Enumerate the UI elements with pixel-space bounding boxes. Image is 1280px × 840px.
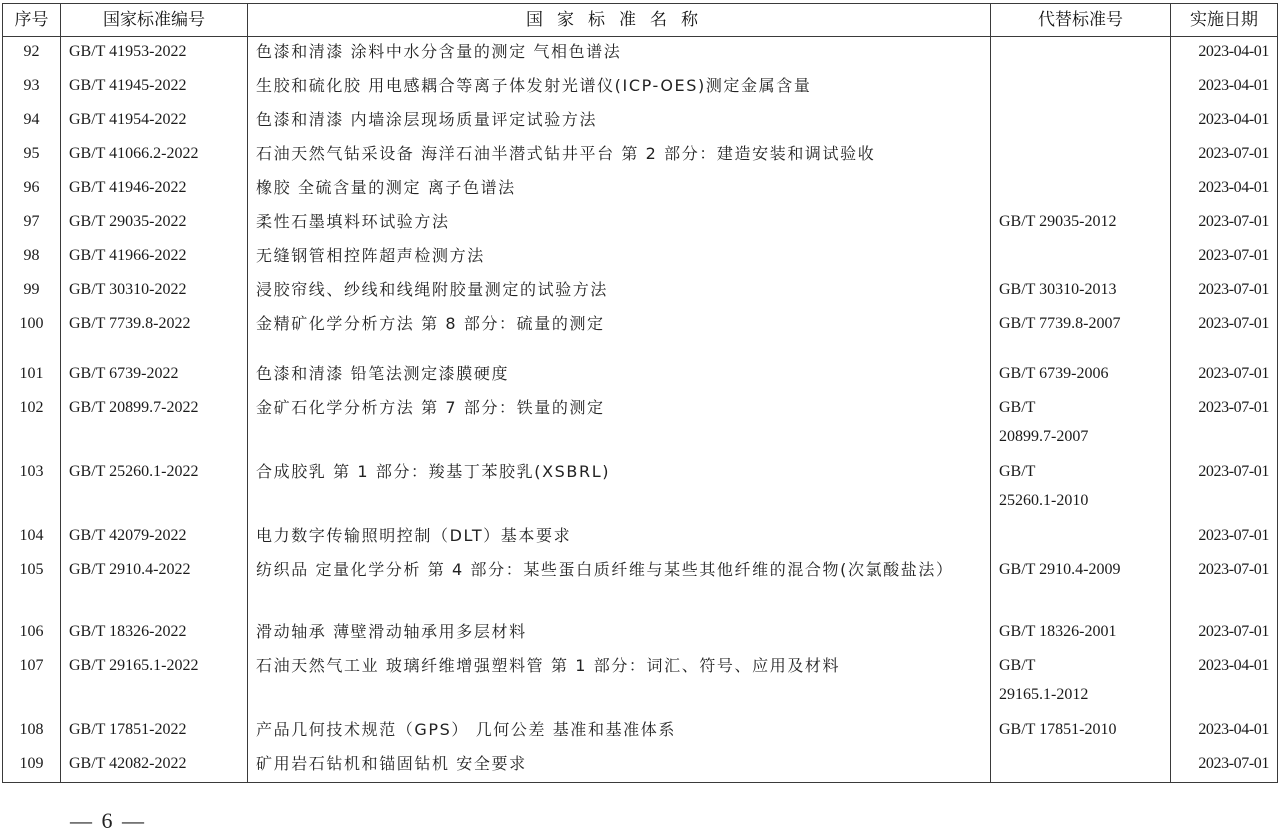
row-replaced-standard: GB/T25260.1-2010 <box>991 457 1171 521</box>
row-standard-code: GB/T 7739.8-2022 <box>61 309 248 359</box>
row-seq: 100 <box>3 309 61 359</box>
table-body: 92GB/T 41953-2022色漆和清漆 涂料中水分含量的测定 气相色谱法2… <box>3 37 1278 783</box>
table-header-row: 序号 国家标准编号 国家标准名称 代替标准号 实施日期 <box>3 4 1278 37</box>
row-standard-name: 色漆和清漆 内墙涂层现场质量评定试验方法 <box>248 105 991 139</box>
page-number: — 6 — <box>70 808 146 834</box>
row-standard-name: 金矿石化学分析方法 第 7 部分：铁量的测定 <box>248 393 991 457</box>
row-effective-date: 2023-07-01 <box>1171 359 1278 393</box>
row-standard-name: 纺织品 定量化学分析 第 4 部分：某些蛋白质纤维与某些其他纤维的混合物(次氯酸… <box>248 555 991 617</box>
row-seq: 97 <box>3 207 61 241</box>
row-replaced-standard: GB/T 29035-2012 <box>991 207 1171 241</box>
table-row: 93GB/T 41945-2022生胶和硫化胶 用电感耦合等离子体发射光谱仪(I… <box>3 71 1278 105</box>
row-standard-code: GB/T 41946-2022 <box>61 173 248 207</box>
row-replaced-standard <box>991 71 1171 105</box>
row-seq: 102 <box>3 393 61 457</box>
table-row: 92GB/T 41953-2022色漆和清漆 涂料中水分含量的测定 气相色谱法2… <box>3 37 1278 71</box>
table-row: 94GB/T 41954-2022色漆和清漆 内墙涂层现场质量评定试验方法202… <box>3 105 1278 139</box>
table-row: 100GB/T 7739.8-2022金精矿化学分析方法 第 8 部分：硫量的测… <box>3 309 1278 359</box>
row-replaced-standard <box>991 173 1171 207</box>
row-effective-date: 2023-07-01 <box>1171 241 1278 275</box>
table-row: 99GB/T 30310-2022浸胶帘线、纱线和线绳附胶量测定的试验方法GB/… <box>3 275 1278 309</box>
row-standard-code: GB/T 2910.4-2022 <box>61 555 248 617</box>
row-replaced-standard: GB/T20899.7-2007 <box>991 393 1171 457</box>
replaced-standard-line: GB/T 6739-2006 <box>999 359 1162 388</box>
row-seq: 98 <box>3 241 61 275</box>
row-standard-name: 色漆和清漆 铅笔法测定漆膜硬度 <box>248 359 991 393</box>
row-effective-date: 2023-07-01 <box>1171 309 1278 359</box>
row-replaced-standard: GB/T 30310-2013 <box>991 275 1171 309</box>
row-effective-date: 2023-04-01 <box>1171 651 1278 715</box>
row-effective-date: 2023-07-01 <box>1171 139 1278 173</box>
table-row: 106GB/T 18326-2022滑动轴承 薄壁滑动轴承用多层材料GB/T 1… <box>3 617 1278 651</box>
row-standard-name: 合成胶乳 第 1 部分：羧基丁苯胶乳(XSBRL) <box>248 457 991 521</box>
row-seq: 106 <box>3 617 61 651</box>
row-replaced-standard <box>991 105 1171 139</box>
row-seq: 103 <box>3 457 61 521</box>
row-effective-date: 2023-07-01 <box>1171 521 1278 555</box>
header-date: 实施日期 <box>1171 4 1278 37</box>
row-effective-date: 2023-07-01 <box>1171 275 1278 309</box>
row-seq: 105 <box>3 555 61 617</box>
row-standard-code: GB/T 6739-2022 <box>61 359 248 393</box>
standards-table: 序号 国家标准编号 国家标准名称 代替标准号 实施日期 92GB/T 41953… <box>2 3 1278 783</box>
row-standard-code: GB/T 41966-2022 <box>61 241 248 275</box>
row-seq: 109 <box>3 749 61 783</box>
row-standard-code: GB/T 42079-2022 <box>61 521 248 555</box>
row-replaced-standard: GB/T 2910.4-2009 <box>991 555 1171 617</box>
row-standard-name: 无缝钢管相控阵超声检测方法 <box>248 241 991 275</box>
document-page: 序号 国家标准编号 国家标准名称 代替标准号 实施日期 92GB/T 41953… <box>0 0 1280 840</box>
row-seq: 104 <box>3 521 61 555</box>
row-seq: 101 <box>3 359 61 393</box>
row-standard-code: GB/T 41066.2-2022 <box>61 139 248 173</box>
row-standard-name: 生胶和硫化胶 用电感耦合等离子体发射光谱仪(ICP-OES)测定金属含量 <box>248 71 991 105</box>
table-row: 108GB/T 17851-2022产品几何技术规范（GPS） 几何公差 基准和… <box>3 715 1278 749</box>
table-row: 98GB/T 41966-2022无缝钢管相控阵超声检测方法2023-07-01 <box>3 241 1278 275</box>
replaced-standard-line: GB/T 2910.4-2009 <box>999 555 1162 584</box>
row-standard-code: GB/T 41945-2022 <box>61 71 248 105</box>
row-seq: 107 <box>3 651 61 715</box>
row-seq: 108 <box>3 715 61 749</box>
row-standard-name: 矿用岩石钻机和锚固钻机 安全要求 <box>248 749 991 783</box>
row-replaced-standard: GB/T 17851-2010 <box>991 715 1171 749</box>
table-row: 105GB/T 2910.4-2022纺织品 定量化学分析 第 4 部分：某些蛋… <box>3 555 1278 617</box>
row-effective-date: 2023-07-01 <box>1171 457 1278 521</box>
table-row: 101GB/T 6739-2022色漆和清漆 铅笔法测定漆膜硬度GB/T 673… <box>3 359 1278 393</box>
row-standard-name: 浸胶帘线、纱线和线绳附胶量测定的试验方法 <box>248 275 991 309</box>
row-effective-date: 2023-07-01 <box>1171 749 1278 783</box>
row-replaced-standard: GB/T 7739.8-2007 <box>991 309 1171 359</box>
row-replaced-standard <box>991 521 1171 555</box>
row-effective-date: 2023-04-01 <box>1171 173 1278 207</box>
row-effective-date: 2023-07-01 <box>1171 207 1278 241</box>
row-seq: 94 <box>3 105 61 139</box>
table-row: 96GB/T 41946-2022橡胶 全硫含量的测定 离子色谱法2023-04… <box>3 173 1278 207</box>
replaced-standard-line: GB/T 30310-2013 <box>999 275 1162 304</box>
row-standard-code: GB/T 25260.1-2022 <box>61 457 248 521</box>
header-name: 国家标准名称 <box>248 4 991 37</box>
row-standard-code: GB/T 29035-2022 <box>61 207 248 241</box>
replaced-standard-line: 29165.1-2012 <box>999 680 1162 709</box>
row-seq: 95 <box>3 139 61 173</box>
row-standard-code: GB/T 29165.1-2022 <box>61 651 248 715</box>
row-standard-name: 橡胶 全硫含量的测定 离子色谱法 <box>248 173 991 207</box>
table-row: 107GB/T 29165.1-2022石油天然气工业 玻璃纤维增强塑料管 第 … <box>3 651 1278 715</box>
replaced-standard-line: GB/T 7739.8-2007 <box>999 309 1162 338</box>
row-effective-date: 2023-04-01 <box>1171 37 1278 71</box>
row-effective-date: 2023-07-01 <box>1171 555 1278 617</box>
table-row: 103GB/T 25260.1-2022合成胶乳 第 1 部分：羧基丁苯胶乳(X… <box>3 457 1278 521</box>
row-replaced-standard: GB/T29165.1-2012 <box>991 651 1171 715</box>
row-standard-name: 产品几何技术规范（GPS） 几何公差 基准和基准体系 <box>248 715 991 749</box>
row-seq: 96 <box>3 173 61 207</box>
row-seq: 99 <box>3 275 61 309</box>
row-standard-name: 滑动轴承 薄壁滑动轴承用多层材料 <box>248 617 991 651</box>
table-row: 104GB/T 42079-2022电力数字传输照明控制（DLT）基本要求202… <box>3 521 1278 555</box>
row-replaced-standard: GB/T 18326-2001 <box>991 617 1171 651</box>
row-effective-date: 2023-04-01 <box>1171 71 1278 105</box>
row-standard-name: 石油天然气钻采设备 海洋石油半潜式钻井平台 第 2 部分：建造安装和调试验收 <box>248 139 991 173</box>
table-row: 109GB/T 42082-2022矿用岩石钻机和锚固钻机 安全要求2023-0… <box>3 749 1278 783</box>
table-row: 102GB/T 20899.7-2022金矿石化学分析方法 第 7 部分：铁量的… <box>3 393 1278 457</box>
row-replaced-standard <box>991 749 1171 783</box>
header-replaces: 代替标准号 <box>991 4 1171 37</box>
replaced-standard-line: GB/T <box>999 393 1162 422</box>
row-standard-code: GB/T 20899.7-2022 <box>61 393 248 457</box>
row-standard-name: 电力数字传输照明控制（DLT）基本要求 <box>248 521 991 555</box>
row-seq: 93 <box>3 71 61 105</box>
row-replaced-standard <box>991 241 1171 275</box>
row-standard-code: GB/T 17851-2022 <box>61 715 248 749</box>
replaced-standard-line: GB/T 18326-2001 <box>999 617 1162 646</box>
row-effective-date: 2023-04-01 <box>1171 715 1278 749</box>
row-replaced-standard <box>991 139 1171 173</box>
replaced-standard-line: GB/T 17851-2010 <box>999 715 1162 744</box>
row-standard-code: GB/T 30310-2022 <box>61 275 248 309</box>
replaced-standard-line: 25260.1-2010 <box>999 486 1162 515</box>
replaced-standard-line: GB/T <box>999 457 1162 486</box>
header-seq: 序号 <box>3 4 61 37</box>
row-effective-date: 2023-07-01 <box>1171 617 1278 651</box>
header-code: 国家标准编号 <box>61 4 248 37</box>
row-seq: 92 <box>3 37 61 71</box>
row-effective-date: 2023-04-01 <box>1171 105 1278 139</box>
row-standard-name: 金精矿化学分析方法 第 8 部分：硫量的测定 <box>248 309 991 359</box>
row-standard-name: 柔性石墨填料环试验方法 <box>248 207 991 241</box>
replaced-standard-line: GB/T <box>999 651 1162 680</box>
row-standard-code: GB/T 41954-2022 <box>61 105 248 139</box>
row-replaced-standard <box>991 37 1171 71</box>
row-standard-code: GB/T 18326-2022 <box>61 617 248 651</box>
row-standard-name: 色漆和清漆 涂料中水分含量的测定 气相色谱法 <box>248 37 991 71</box>
row-standard-code: GB/T 42082-2022 <box>61 749 248 783</box>
row-effective-date: 2023-07-01 <box>1171 393 1278 457</box>
row-standard-name: 石油天然气工业 玻璃纤维增强塑料管 第 1 部分：词汇、符号、应用及材料 <box>248 651 991 715</box>
table-row: 97GB/T 29035-2022柔性石墨填料环试验方法GB/T 29035-2… <box>3 207 1278 241</box>
replaced-standard-line: GB/T 29035-2012 <box>999 207 1162 236</box>
row-standard-code: GB/T 41953-2022 <box>61 37 248 71</box>
replaced-standard-line: 20899.7-2007 <box>999 422 1162 451</box>
row-replaced-standard: GB/T 6739-2006 <box>991 359 1171 393</box>
table-row: 95GB/T 41066.2-2022石油天然气钻采设备 海洋石油半潜式钻井平台… <box>3 139 1278 173</box>
